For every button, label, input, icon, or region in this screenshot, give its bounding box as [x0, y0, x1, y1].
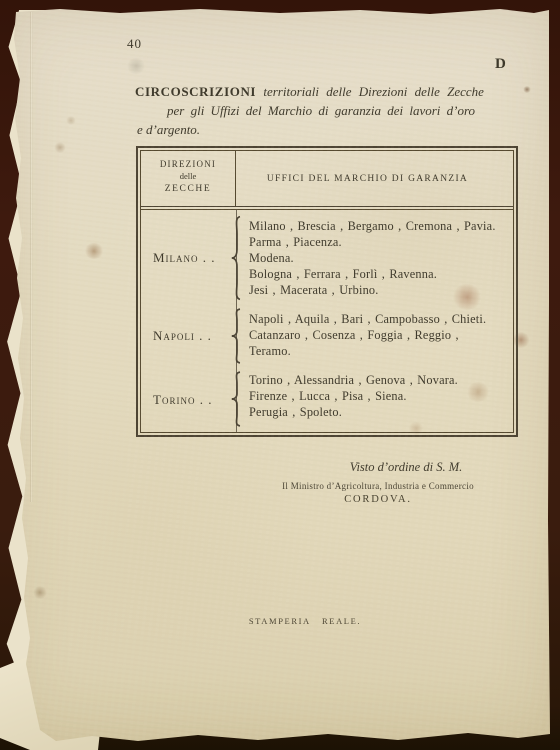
offices-list: Milano , Brescia , Bergamo , Cremona , P… — [236, 210, 513, 305]
minister-name: CORDOVA. — [232, 494, 524, 505]
offices-line: Milano , Brescia , Bergamo , Cremona , P… — [249, 218, 509, 234]
column-header-direzioni: DIREZIONI delle ZECCHE — [141, 151, 236, 206]
offices-line: Teramo. — [249, 343, 509, 359]
signature-block: Visto d’ordine di S. M. Il Ministro d’Ag… — [232, 460, 524, 505]
page-number: 40 — [127, 36, 142, 52]
table-body: Milano . . Milano , Brescia , Bergamo , … — [141, 210, 513, 432]
column-header-uffici: UFFICI DEL MARCHIO DI GARANZIA — [236, 151, 513, 206]
direction-label: Torino . . — [141, 367, 236, 432]
table-row: Napoli . . Napoli , Aquila , Bari , Camp… — [141, 305, 513, 367]
offices-line: Parma , Piacenza. — [249, 234, 509, 250]
offices-line: Napoli , Aquila , Bari , Campobasso , Ch… — [249, 311, 509, 327]
offices-list: Torino , Alessandria , Genova , Novara. … — [236, 367, 513, 432]
gathering-signature-mark: D — [495, 56, 506, 73]
table-row: Milano . . Milano , Brescia , Bergamo , … — [141, 210, 513, 305]
row-brace-icon — [228, 215, 243, 301]
heading-lead-word: CIRCOSCRIZIONI — [135, 84, 256, 99]
heading-line-2: per gli Uffizi del Marchio di garanzia d… — [135, 101, 527, 120]
row-brace-icon — [228, 371, 243, 427]
offices-line: Firenze , Lucca , Pisa , Siena. — [249, 388, 509, 404]
table-header-row: DIREZIONI delle ZECCHE UFFICI DEL MARCHI… — [141, 151, 513, 206]
scanned-page: 40 D CIRCOSCRIZIONI territoriali delle D… — [0, 0, 560, 750]
offices-line: Torino , Alessandria , Genova , Novara. — [249, 372, 509, 388]
direction-label: Napoli . . — [141, 305, 236, 367]
foxing-spot — [66, 116, 76, 125]
foxing-spot — [126, 58, 146, 74]
offices-line: Modena. — [249, 250, 509, 266]
foxing-spot — [54, 142, 66, 153]
offices-list: Napoli , Aquila , Bari , Campobasso , Ch… — [236, 305, 513, 367]
paper-sheet: 40 D CIRCOSCRIZIONI territoriali delle D… — [0, 0, 560, 750]
minister-title-line: Il Ministro d’Agricoltura, Industria e C… — [232, 481, 524, 491]
offices-line: Perugia , Spoleto. — [249, 404, 509, 420]
offices-line: Catanzaro , Cosenza , Foggia , Reggio , — [249, 327, 509, 343]
visto-line: Visto d’ordine di S. M. — [260, 460, 552, 475]
offices-line: Bologna , Ferrara , Forlì , Ravenna. — [249, 266, 509, 282]
heading-line-1: CIRCOSCRIZIONI territoriali delle Direzi… — [135, 82, 527, 101]
table-row: Torino . . Torino , Alessandria , Genova… — [141, 367, 513, 432]
foxing-spot — [33, 586, 47, 599]
printer-imprint: STAMPERIA REALE. — [200, 616, 410, 626]
districts-table-inner-border: DIREZIONI delle ZECCHE UFFICI DEL MARCHI… — [140, 150, 514, 433]
heading-line-3: e d’argento. — [135, 120, 527, 139]
direction-label: Milano . . — [141, 210, 236, 305]
offices-line: Jesi , Macerata , Urbino. — [249, 282, 509, 298]
heading-line-1-rest: territoriali delle Direzioni delle Zecch… — [263, 84, 484, 99]
row-brace-icon — [228, 308, 243, 364]
page-heading: CIRCOSCRIZIONI territoriali delle Direzi… — [135, 82, 527, 139]
foxing-spot — [84, 243, 104, 259]
districts-table: DIREZIONI delle ZECCHE UFFICI DEL MARCHI… — [136, 146, 518, 437]
paper-crease — [30, 12, 33, 502]
